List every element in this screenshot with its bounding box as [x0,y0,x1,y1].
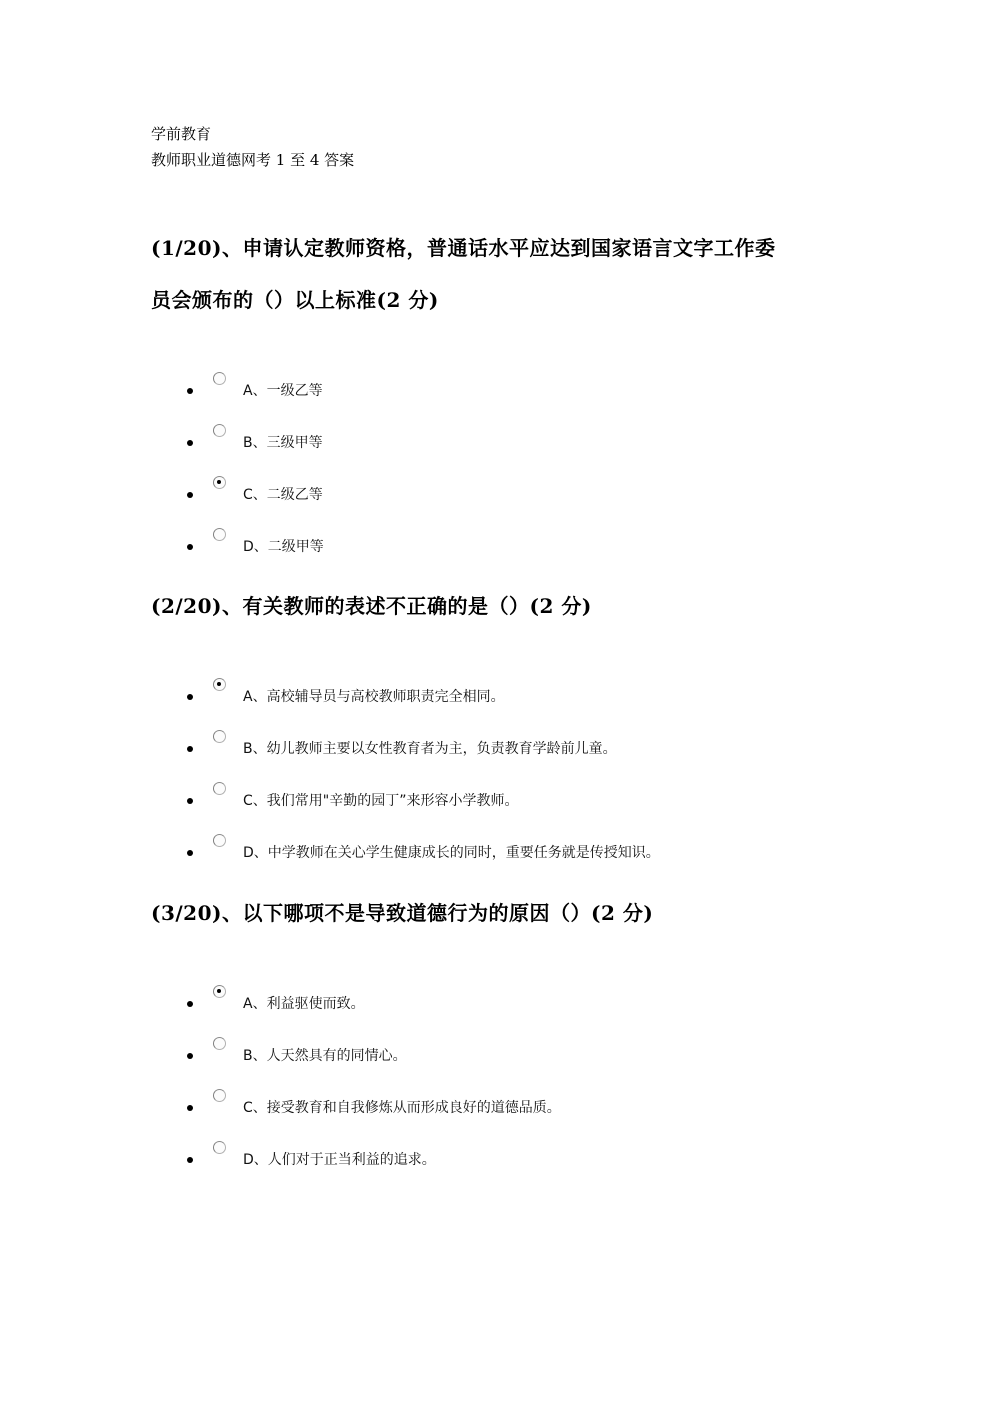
question-3: (3/20)、以下哪项不是导致道德行为的原因（）(2 分) A、利益驱使而致。 … [151,887,851,1185]
question-1-title-line1: (1/20)、申请认定教师资格，普通话水平应达到国家语言文字工作委 [151,222,851,274]
question-3-title: (3/20)、以下哪项不是导致道德行为的原因（）(2 分) [151,887,851,939]
radio-button-icon[interactable] [213,372,226,385]
option-label: C、接受教育和自我修炼从而形成良好的道德品质。 [243,1098,561,1118]
question-1: (1/20)、申请认定教师资格，普通话水平应达到国家语言文字工作委 员会颁布的（… [151,222,851,572]
option-b[interactable]: B、幼儿教师主要以女性教育者为主，负责教育学龄前儿童。 [151,722,851,774]
bullet-icon [187,388,193,394]
document-header: 学前教育 教师职业道德网考 1 至 4 答案 [151,121,354,173]
question-2-title: (2/20)、有关教师的表述不正确的是（）(2 分) [151,580,851,632]
option-a[interactable]: A、一级乙等 [151,364,851,416]
option-b[interactable]: B、人天然具有的同情心。 [151,1029,851,1081]
option-b[interactable]: B、三级甲等 [151,416,851,468]
option-c[interactable]: C、我们常用"辛勤的园丁”来形容小学教师。 [151,774,851,826]
bullet-icon [187,694,193,700]
question-1-options: A、一级乙等 B、三级甲等 C、二级乙等 D、二级甲等 [151,364,851,572]
radio-button-icon[interactable] [213,1089,226,1102]
radio-button-icon[interactable] [213,528,226,541]
option-a[interactable]: A、利益驱使而致。 [151,977,851,1029]
radio-button-icon[interactable] [213,1141,226,1154]
option-d[interactable]: D、二级甲等 [151,520,851,572]
question-2: (2/20)、有关教师的表述不正确的是（）(2 分) A、高校辅导员与高校教师职… [151,580,851,878]
radio-button-icon[interactable] [213,424,226,437]
radio-button-icon[interactable] [213,1037,226,1050]
category-label: 学前教育 [151,121,354,147]
bullet-icon [187,1157,193,1163]
bullet-icon [187,544,193,550]
option-label: C、我们常用"辛勤的园丁”来形容小学教师。 [243,791,518,811]
question-1-title-line2: 员会颁布的（）以上标准(2 分) [151,274,851,326]
option-d[interactable]: D、中学教师在关心学生健康成长的同时，重要任务就是传授知识。 [151,826,851,878]
option-c[interactable]: C、接受教育和自我修炼从而形成良好的道德品质。 [151,1081,851,1133]
option-c[interactable]: C、二级乙等 [151,468,851,520]
option-label: D、人们对于正当利益的追求。 [243,1150,436,1170]
radio-button-icon[interactable] [213,730,226,743]
bullet-icon [187,798,193,804]
question-2-options: A、高校辅导员与高校教师职责完全相同。 B、幼儿教师主要以女性教育者为主，负责教… [151,670,851,878]
bullet-icon [187,1053,193,1059]
option-label: A、高校辅导员与高校教师职责完全相同。 [243,687,505,707]
bullet-icon [187,850,193,856]
radio-button-checked-icon[interactable] [213,985,226,998]
bullet-icon [187,1001,193,1007]
option-label: A、利益驱使而致。 [243,994,365,1014]
document-title: 教师职业道德网考 1 至 4 答案 [151,147,354,173]
option-label: D、中学教师在关心学生健康成长的同时，重要任务就是传授知识。 [243,843,660,863]
question-3-options: A、利益驱使而致。 B、人天然具有的同情心。 C、接受教育和自我修炼从而形成良好… [151,977,851,1185]
option-label: D、二级甲等 [243,537,324,557]
option-d[interactable]: D、人们对于正当利益的追求。 [151,1133,851,1185]
radio-button-icon[interactable] [213,782,226,795]
option-label: B、人天然具有的同情心。 [243,1046,407,1066]
bullet-icon [187,1105,193,1111]
option-label: B、三级甲等 [243,433,323,453]
option-label: B、幼儿教师主要以女性教育者为主，负责教育学龄前儿童。 [243,739,617,759]
bullet-icon [187,492,193,498]
bullet-icon [187,746,193,752]
option-label: C、二级乙等 [243,485,323,505]
radio-button-checked-icon[interactable] [213,476,226,489]
radio-button-icon[interactable] [213,834,226,847]
option-a[interactable]: A、高校辅导员与高校教师职责完全相同。 [151,670,851,722]
radio-button-checked-icon[interactable] [213,678,226,691]
bullet-icon [187,440,193,446]
option-label: A、一级乙等 [243,381,323,401]
